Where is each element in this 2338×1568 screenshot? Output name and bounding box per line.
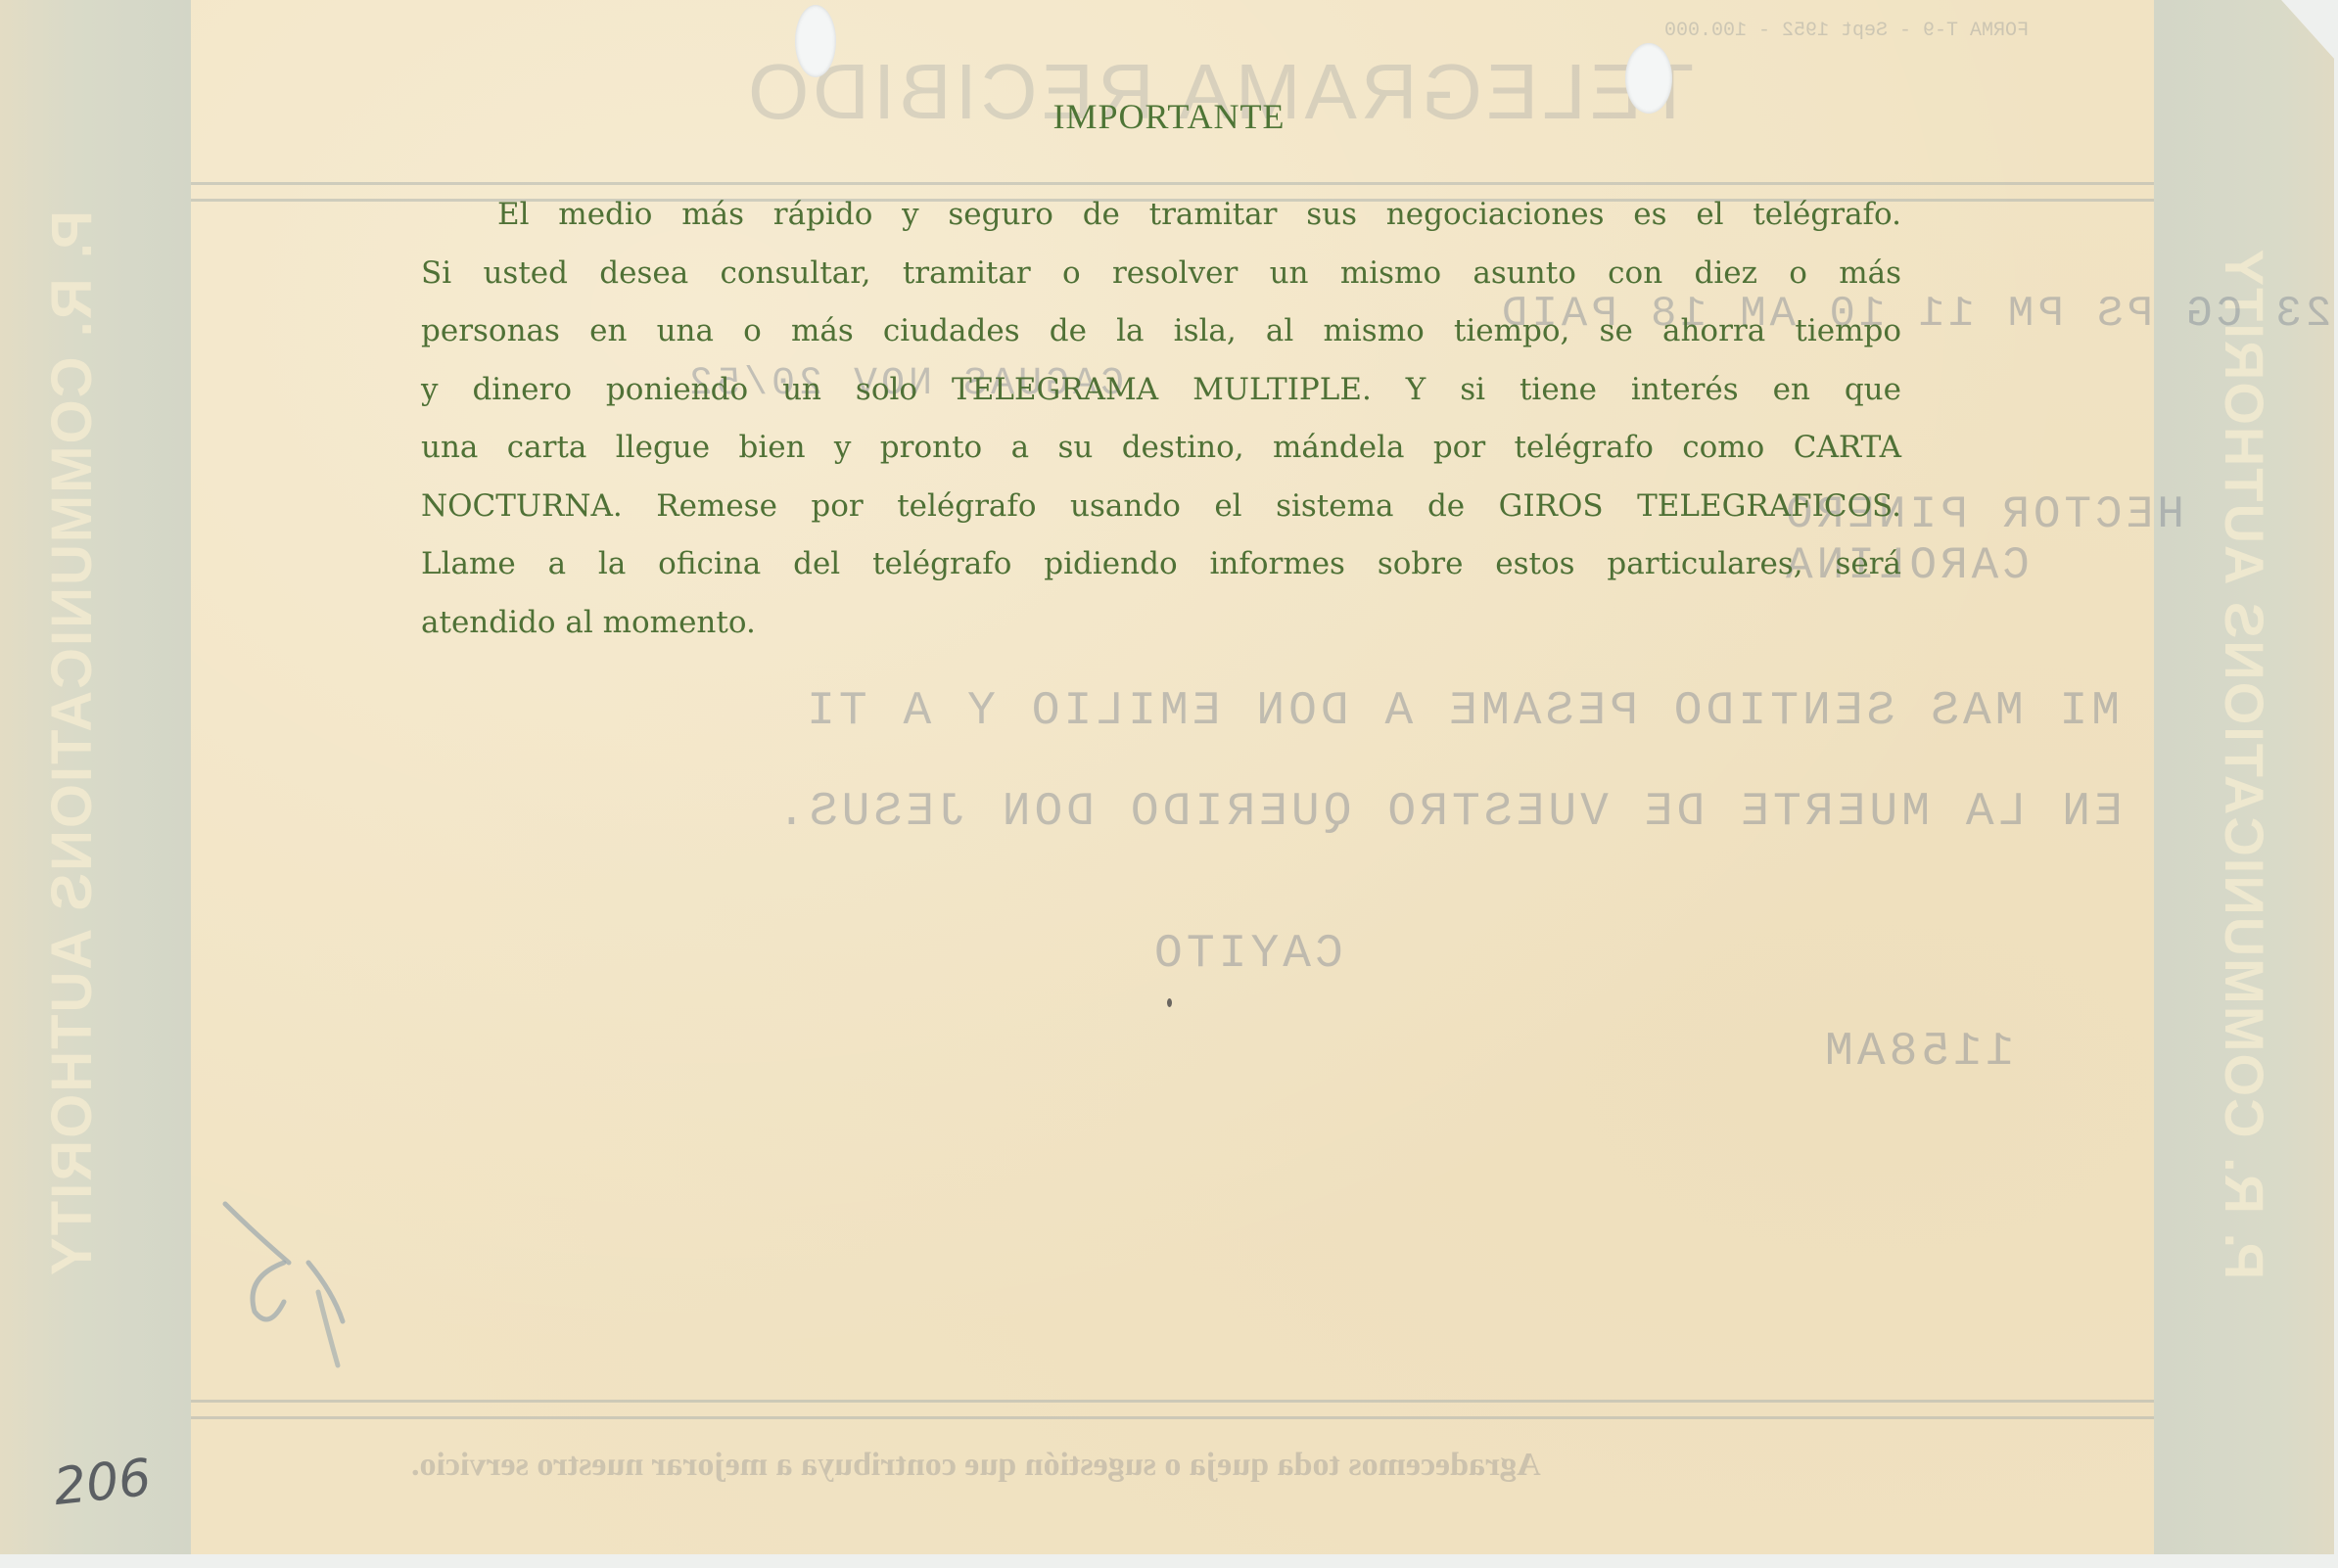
bleed-form-number: FORMA T-9 - Sept 1952 - 100.000	[1664, 20, 2029, 42]
pencil-mark-icon	[215, 1184, 372, 1370]
bleed-received-time: 1158AM	[1821, 1026, 2014, 1079]
bleed-footer: Agradecemos toda queja o sugestión que c…	[411, 1447, 1541, 1484]
notice-body: El medio más rápido y seguro de tramitar…	[421, 186, 1901, 652]
punch-hole	[1625, 43, 1672, 114]
right-margin-strip: P. R. COMMUNICATIONS AUTHORITY	[2154, 0, 2334, 1554]
bleed-message-line-1: MI MAS SENTIDO PESAME A DON EMILIO Y A T…	[803, 685, 2120, 738]
body-line: Si usted desea consultar, tramitar o res…	[421, 245, 1901, 303]
notice-heading: IMPORTANTE	[0, 96, 2338, 137]
body-line: una carta llegue bien y pronto a su dest…	[421, 419, 1901, 478]
ink-speck	[1167, 998, 1172, 1007]
body-line: y dinero poniendo un solo TELEGRAMA MULT…	[421, 361, 1901, 420]
bleed-signature: CAYITO	[1150, 928, 1343, 981]
left-strip-bleed-text: P. R. COMMUNICATIONS AUTHORITY	[39, 210, 105, 1277]
body-line: El medio más rápido y seguro de tramitar…	[421, 186, 1901, 245]
body-line: atendido al momento.	[421, 594, 1901, 653]
body-line: Llame a la oficina del telégrafo pidiend…	[421, 535, 1901, 594]
bleed-message-line-2: EN LA MUERTE DE VUESTRO QUERIDO DON JESU…	[773, 786, 2123, 839]
handwritten-page-number: 206	[51, 1449, 154, 1517]
bottom-double-rule	[191, 1400, 2154, 1419]
body-line: NOCTURNA. Remese por telégrafo usando el…	[421, 478, 1901, 536]
telegram-paper: P. R. COMMUNICATIONS AUTHORITY P. R. COM…	[0, 0, 2334, 1554]
right-strip-bleed-text: P. R. COMMUNICATIONS AUTHORITY	[2213, 248, 2276, 1280]
left-margin-strip: P. R. COMMUNICATIONS AUTHORITY	[0, 0, 191, 1554]
body-line: personas en una o más ciudades de la isl…	[421, 302, 1901, 361]
punch-hole	[795, 5, 836, 77]
